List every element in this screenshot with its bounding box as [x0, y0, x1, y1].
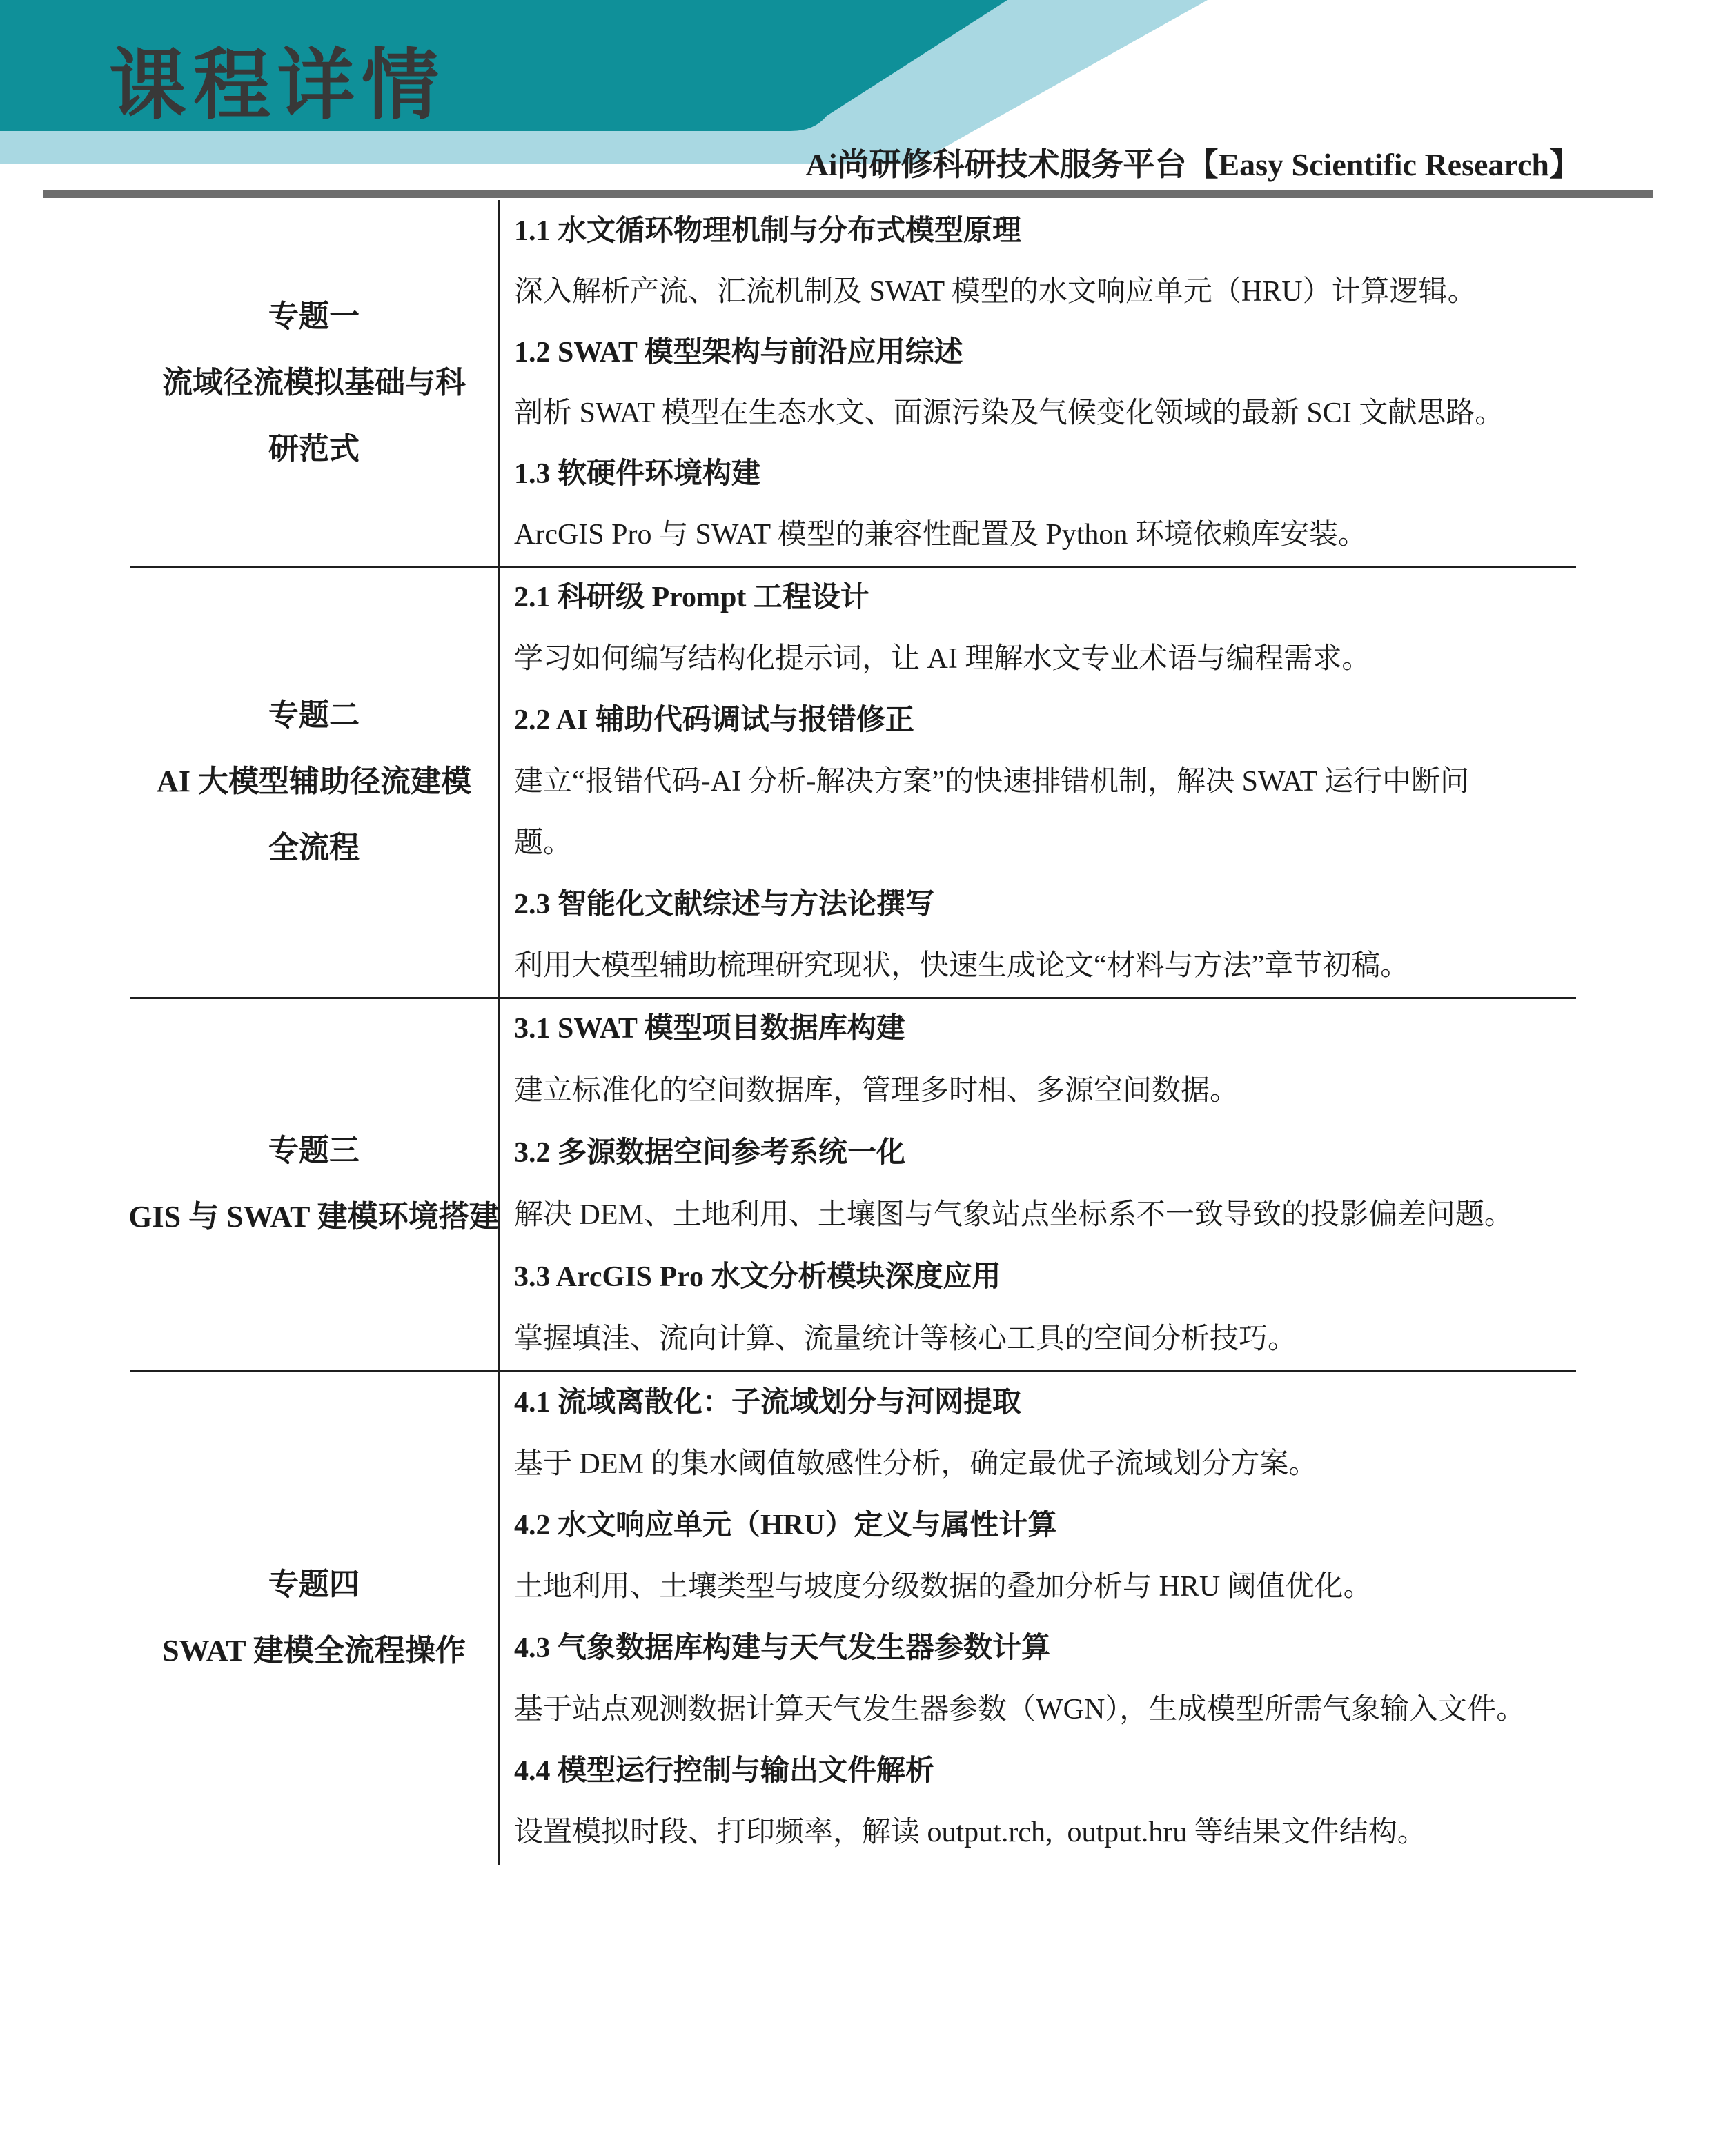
section-heading: 3.2 多源数据空间参考系统一化 [514, 1122, 1576, 1184]
section-heading: 4.4 模型运行控制与输出文件解析 [514, 1741, 1576, 1802]
section-desc: 建立“报错代码-AI 分析-解决方案”的快速排错机制，解决 SWAT 运行中断问 [514, 751, 1576, 813]
topic-line: 流域径流模拟基础与科 [162, 350, 466, 416]
topic-line: 专题二 [268, 682, 360, 749]
section-heading: 2.1 科研级 Prompt 工程设计 [514, 567, 1576, 629]
topic-line: 专题四 [268, 1552, 360, 1618]
page-title: Ai尚研修科研技术服务平台【Easy Scientific Research】 [805, 139, 1581, 185]
section-heading: 2.2 AI 辅助代码调试与报错修正 [514, 690, 1576, 751]
topic-cell: 专题二 AI 大模型辅助径流建模 全流程 [130, 566, 498, 997]
topic-line: 专题一 [268, 284, 360, 350]
section-heading: 2.3 智能化文献综述与方法论撰写 [514, 874, 1576, 936]
topic-line: 全流程 [268, 815, 360, 881]
content-cell: 1.1 水文循环物理机制与分布式模型原理 深入解析产流、汇流机制及 SWAT 模… [514, 200, 1576, 566]
section-heading: 4.1 流域离散化：子流域划分与河网提取 [514, 1372, 1576, 1434]
topic-cell: 专题一 流域径流模拟基础与科 研范式 [130, 200, 498, 566]
section-heading: 4.2 水文响应单元（HRU）定义与属性计算 [514, 1495, 1576, 1556]
section-desc: 学习如何编写结构化提示词，让 AI 理解水文专业术语与编程需求。 [514, 629, 1576, 690]
content-cell: 4.1 流域离散化：子流域划分与河网提取 基于 DEM 的集水阈值敏感性分析，确… [514, 1371, 1576, 1865]
table-row: 专题四 SWAT 建模全流程操作 4.1 流域离散化：子流域划分与河网提取 基于… [0, 1371, 1712, 1865]
banner-title: 课程详情 [109, 23, 446, 135]
section-heading: 3.1 SWAT 模型项目数据库构建 [514, 998, 1576, 1060]
section-heading: 3.3 ArcGIS Pro 水文分析模块深度应用 [514, 1246, 1576, 1308]
content-cell: 2.1 科研级 Prompt 工程设计 学习如何编写结构化提示词，让 AI 理解… [514, 566, 1576, 997]
section-heading: 4.3 气象数据库构建与天气发生器参数计算 [514, 1618, 1576, 1679]
section-desc: 建立标准化的空间数据库，管理多时相、多源空间数据。 [514, 1060, 1576, 1122]
topic-cell: 专题四 SWAT 建模全流程操作 [130, 1371, 498, 1865]
section-heading: 1.2 SWAT 模型架构与前沿应用综述 [514, 322, 1576, 383]
document-page: 课程详情 Ai尚研修科研技术服务平台【Easy Scientific Resea… [0, 0, 1712, 2156]
section-heading: 1.3 软硬件环境构建 [514, 444, 1576, 504]
topic-line: 专题三 [268, 1118, 360, 1184]
section-desc: 设置模拟时段、打印频率，解读 output.rch, output.hru 等结… [514, 1802, 1576, 1863]
table-row: 专题二 AI 大模型辅助径流建模 全流程 2.1 科研级 Prompt 工程设计… [0, 566, 1712, 997]
content-cell: 3.1 SWAT 模型项目数据库构建 建立标准化的空间数据库，管理多时相、多源空… [514, 998, 1576, 1370]
section-desc: 深入解析产流、汇流机制及 SWAT 模型的水文响应单元（HRU）计算逻辑。 [514, 261, 1576, 322]
section-desc: 基于 DEM 的集水阈值敏感性分析，确定最优子流域划分方案。 [514, 1434, 1576, 1495]
table-row: 专题三 GIS 与 SWAT 建模环境搭建 3.1 SWAT 模型项目数据库构建… [0, 998, 1712, 1370]
topic-cell: 专题三 GIS 与 SWAT 建模环境搭建 [130, 998, 498, 1370]
topic-line: SWAT 建模全流程操作 [162, 1618, 466, 1684]
topic-line: AI 大模型辅助径流建模 [157, 749, 471, 815]
topic-line: GIS 与 SWAT 建模环境搭建 [128, 1184, 499, 1250]
section-desc: 基于站点观测数据计算天气发生器参数（WGN），生成模型所需气象输入文件。 [514, 1679, 1576, 1741]
section-desc: 解决 DEM、土地利用、土壤图与气象站点坐标系不一致导致的投影偏差问题。 [514, 1184, 1576, 1246]
section-desc: 土地利用、土壤类型与坡度分级数据的叠加分析与 HRU 阈值优化。 [514, 1556, 1576, 1618]
section-heading: 1.1 水文循环物理机制与分布式模型原理 [514, 201, 1576, 261]
table-row: 专题一 流域径流模拟基础与科 研范式 1.1 水文循环物理机制与分布式模型原理 … [0, 200, 1712, 566]
section-desc: 掌握填洼、流向计算、流量统计等核心工具的空间分析技巧。 [514, 1308, 1576, 1370]
section-desc: ArcGIS Pro 与 SWAT 模型的兼容性配置及 Python 环境依赖库… [514, 504, 1576, 565]
section-desc: 剖析 SWAT 模型在生态水文、面源污染及气候变化领域的最新 SCI 文献思路。 [514, 383, 1576, 444]
section-desc: 题。 [514, 813, 1576, 874]
title-underline-bar [43, 190, 1653, 198]
section-desc: 利用大模型辅助梳理研究现状，快速生成论文“材料与方法”章节初稿。 [514, 936, 1576, 997]
topic-line: 研范式 [268, 416, 360, 482]
